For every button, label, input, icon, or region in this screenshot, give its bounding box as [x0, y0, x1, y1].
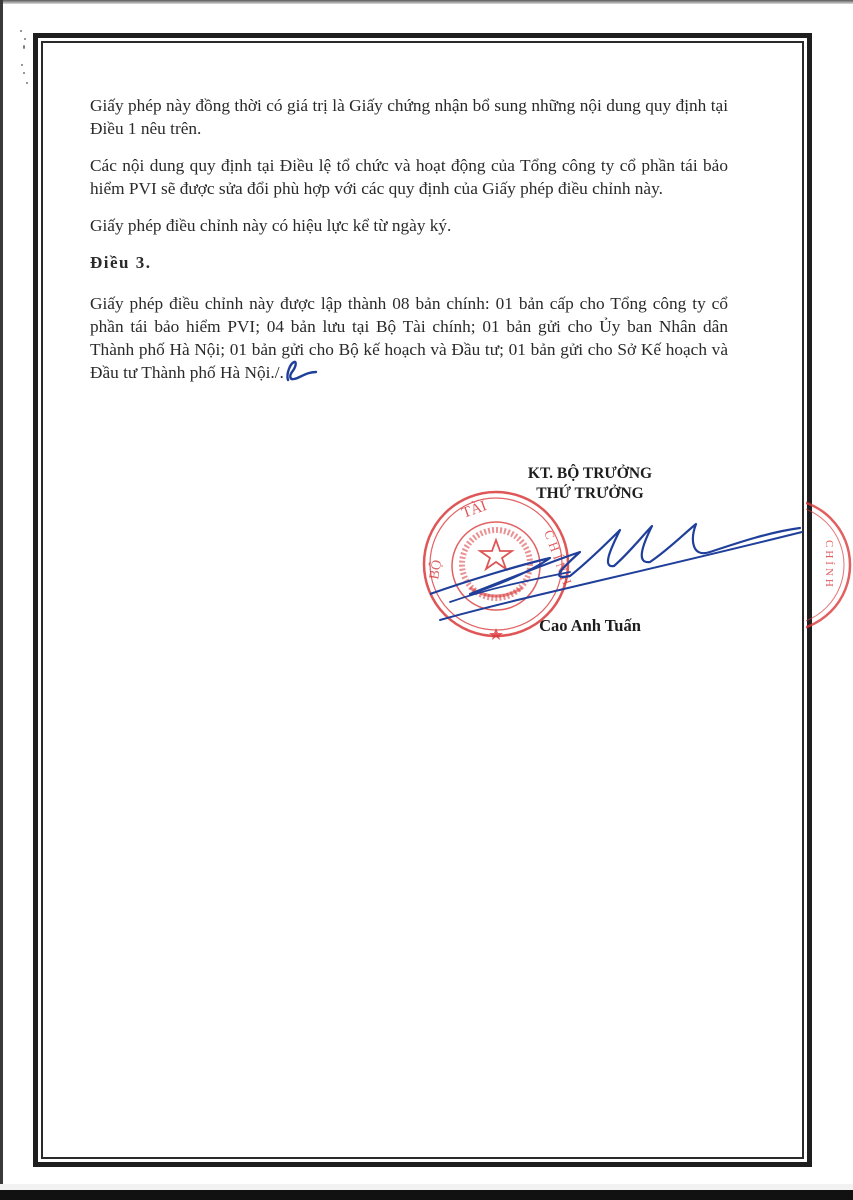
paragraph-effective-date: Giấy phép điều chỉnh này có hiệu lực kể …	[90, 214, 728, 237]
scan-edge-top	[0, 0, 853, 4]
handwritten-signature-icon	[430, 510, 810, 630]
signature-title-block: KT. BỘ TRƯỞNG THỨ TRƯỞNG	[470, 464, 710, 504]
binding-hole-marks	[14, 28, 30, 88]
partial-seal-icon: CHÍNH	[806, 500, 853, 630]
signature-title-line1: KT. BỘ TRƯỞNG	[470, 464, 710, 484]
article-3-text: Giấy phép điều chỉnh này được lập thành …	[90, 294, 728, 382]
paragraph-charter-amendment: Các nội dung quy định tại Điều lệ tổ chứ…	[90, 154, 728, 200]
initial-mark-icon	[284, 362, 324, 384]
article-3-heading: Điều 3.	[90, 251, 728, 274]
signer-name: Cao Anh Tuấn	[470, 616, 710, 636]
paragraph-certificate-validity: Giấy phép này đồng thời có giá trị là Gi…	[90, 94, 728, 140]
svg-text:CHÍNH: CHÍNH	[823, 540, 835, 590]
document-body: Giấy phép này đồng thời có giá trị là Gi…	[90, 94, 728, 398]
scan-edge-left	[0, 0, 3, 1200]
scan-edge-bottom	[0, 1190, 853, 1200]
article-3-body: Giấy phép điều chỉnh này được lập thành …	[90, 292, 728, 384]
signature-title-line2: THỨ TRƯỞNG	[470, 484, 710, 504]
